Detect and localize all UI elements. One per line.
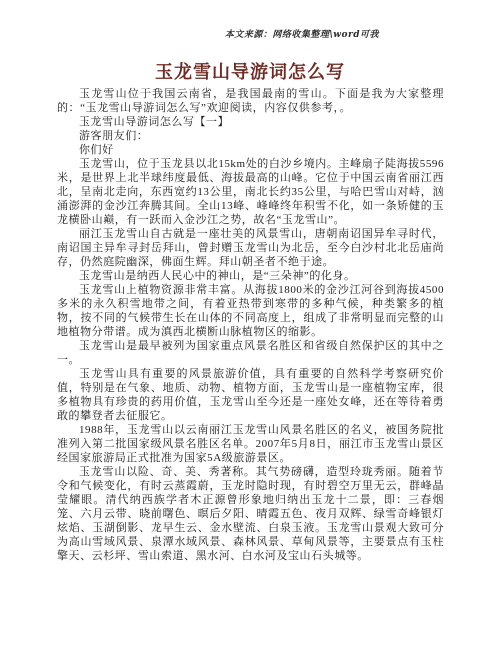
paragraph-sacred: 玉龙雪山是纳西人民心中的神山，是“三朵神”的化身。 — [57, 269, 444, 283]
document-body: 玉龙雪山位于我国云南省，是我国最南的雪山。下面是我为大家整理的：“玉龙雪山导游词… — [0, 84, 500, 563]
paragraph-reserve: 玉龙雪山是最早被列为国家重点风景名胜区和省级自然保护区的其中之一。 — [57, 339, 444, 367]
paragraph-section-head: 玉龙雪山导游词怎么写【一】 — [57, 115, 444, 129]
paragraph-intro: 玉龙雪山位于我国云南省，是我国最南的雪山。下面是我为大家整理的：“玉龙雪山导游词… — [57, 87, 444, 115]
paragraph-1988: 1988年，玉龙雪山以云南丽江玉龙雪山风景名胜区的名义，被国务院批准列入第二批国… — [57, 423, 444, 465]
paragraph-greeting: 游客朋友们： — [57, 129, 444, 143]
paragraph-location: 玉龙雪山，位于玉龙县以北15km处的白沙乡境内。主峰扇子陡海拔5596米，是世界… — [57, 157, 444, 227]
document-page: 本文来源：网络收集整理\word可我 玉龙雪山导游词怎么写 玉龙雪山位于我国云南… — [0, 0, 500, 647]
page-title: 玉龙雪山导游词怎么写 — [0, 0, 500, 84]
paragraph-history: 丽江玉龙雪山自古就是一座壮美的风景雪山，唐朝南诏国异牟寻时代，南诏国主异牟寻封岳… — [57, 227, 444, 269]
paragraph-scenery: 玉龙雪山以险、奇、美、秀著称。其气势磅礴，造型玲珑秀丽。随着节令和气候变化，有时… — [57, 465, 444, 563]
source-note: 本文来源：网络收集整理\word可我 — [0, 27, 379, 40]
paragraph-value: 玉龙雪山具有重要的风景旅游价值，具有重要的自然科学考察研究价值，特别是在气象、地… — [57, 367, 444, 423]
paragraph-hello: 你们好 — [57, 143, 444, 157]
paragraph-plants: 玉龙雪山上植物资源非常丰富。从海拔1800米的金沙江河谷到海拔4500多米的永久… — [57, 283, 444, 339]
